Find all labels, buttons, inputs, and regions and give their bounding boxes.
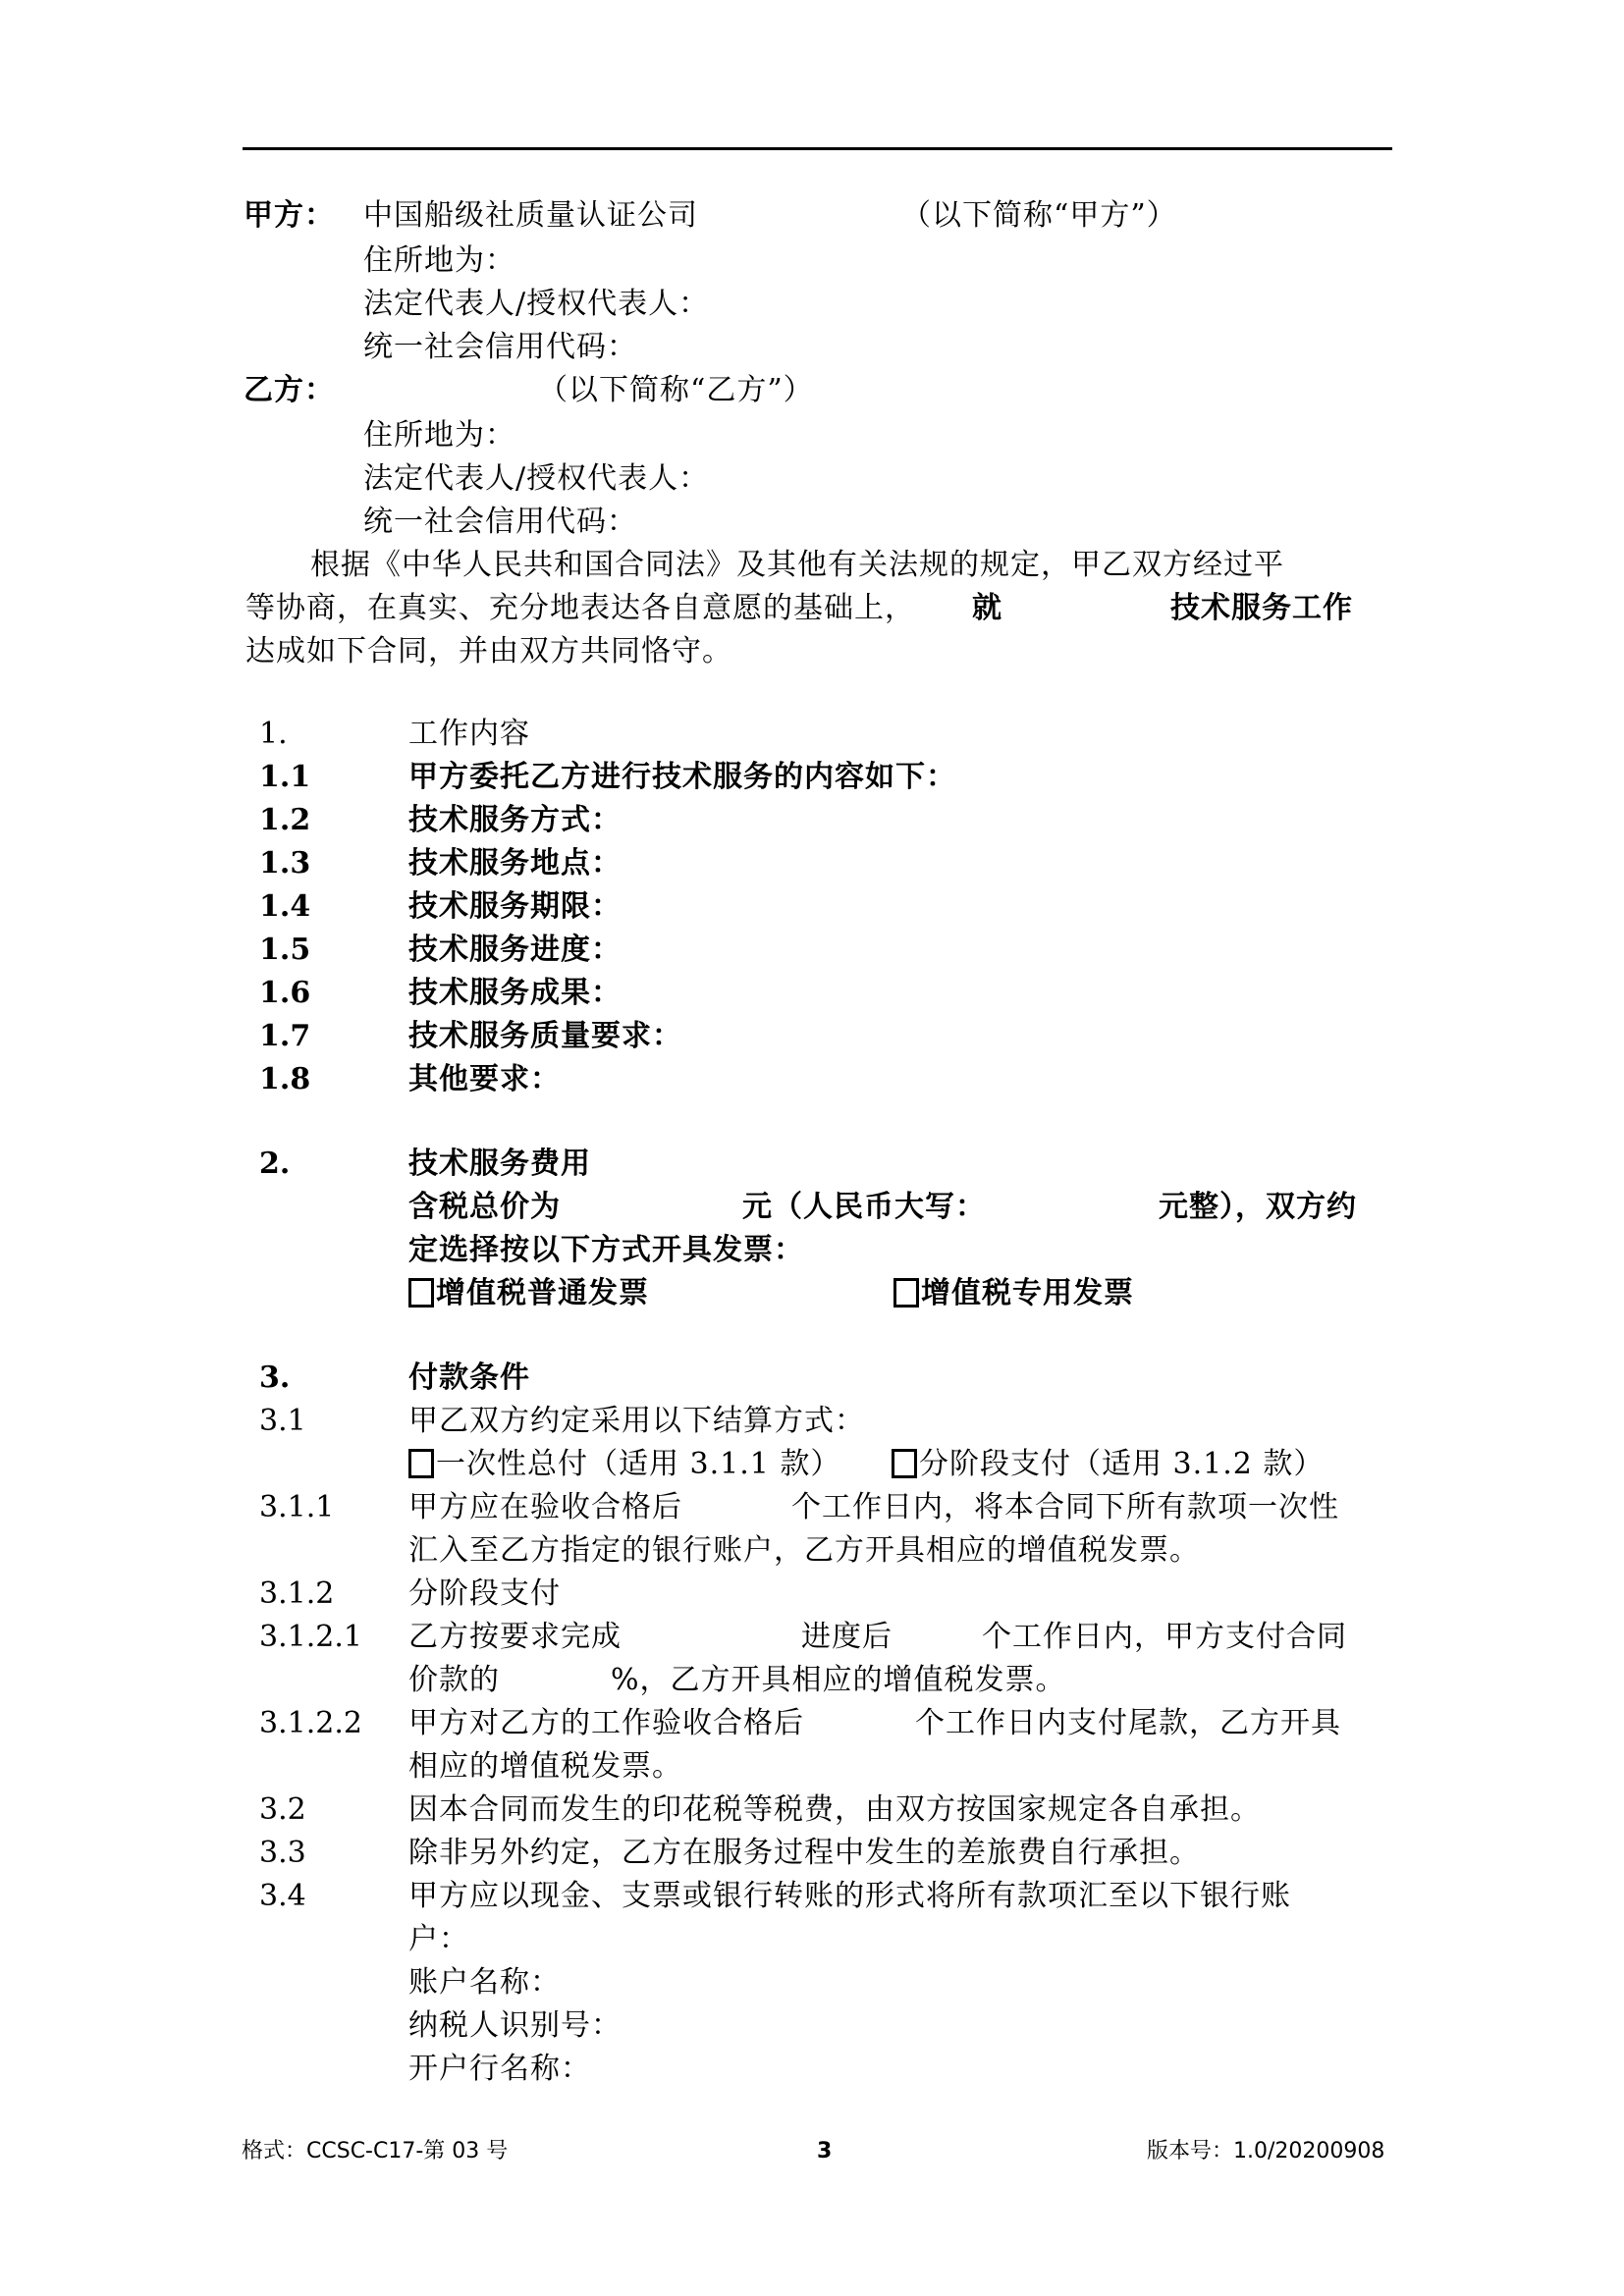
party-b-alias: （以下简称“乙方”） (538, 373, 814, 408)
preamble-line-2b: 就 (972, 591, 1002, 626)
price-currency-label: 元（人民币大写： (742, 1190, 986, 1225)
item-1-3-text: 技术服务地点： (408, 846, 622, 881)
section-3-number: 3. (259, 1361, 290, 1396)
party-a-representative-label: 法定代表人/授权代表人： (363, 287, 709, 322)
taxpayer-id-label: 纳税人识别号： (408, 2008, 622, 2044)
item-3-1-2-text: 分阶段支付 (408, 1576, 561, 1612)
item-1-5-number: 1.5 (259, 933, 310, 968)
preamble-line-3: 达成如下合同，并由双方共同恪守。 (245, 634, 732, 669)
item-3-1-1-line1b: 个工作日内，将本合同下所有款项一次性 (791, 1490, 1339, 1525)
item-3-3-text: 除非另外约定，乙方在服务过程中发生的差旅费自行承担。 (408, 1836, 1200, 1871)
item-1-1-number: 1.1 (259, 760, 310, 795)
invoice-option-special[interactable]: 增值税专用发票 (893, 1276, 1134, 1311)
item-1-5-text: 技术服务进度： (408, 933, 622, 968)
party-a-address-label: 住所地为： (363, 243, 515, 279)
price-label: 含税总价为 (408, 1190, 561, 1225)
settlement-option-staged[interactable]: 分阶段支付（适用 3.1.2 款） (892, 1447, 1324, 1482)
item-1-8-text: 其他要求： (408, 1062, 561, 1097)
item-3-1-2-2-line1b: 个工作日内支付尾款，乙方开具 (915, 1706, 1341, 1741)
item-3-1-2-1-line2b: %，乙方开具相应的增值税发票。 (611, 1663, 1066, 1698)
item-3-1-1-line2: 汇入至乙方指定的银行账户，乙方开具相应的增值税发票。 (408, 1533, 1200, 1569)
item-3-4-line1: 甲方应以现金、支票或银行转账的形式将所有款项汇至以下银行账 (408, 1879, 1291, 1914)
party-b-credit-code-label: 统一社会信用代码： (363, 505, 637, 540)
item-3-2-text: 因本合同而发生的印花税等税费，由双方按国家规定各自承担。 (408, 1792, 1261, 1828)
party-a-alias: （以下简称“甲方”） (901, 198, 1177, 234)
item-3-4-line2: 户： (408, 1922, 469, 1957)
preamble-line-2c: 技术服务工作 (1170, 591, 1353, 626)
price-words-suffix: 元整），双方约 (1159, 1190, 1357, 1225)
lump-sum-checkbox[interactable] (408, 1449, 434, 1478)
invoice-special-label: 增值税专用发票 (921, 1276, 1134, 1310)
party-a-name: 中国船级社质量认证公司 (363, 198, 698, 234)
item-1-7-text: 技术服务质量要求： (408, 1019, 682, 1054)
item-3-3-number: 3.3 (259, 1836, 306, 1871)
footer-version: 版本号：1.0/20200908 (1147, 2138, 1384, 2165)
item-3-2-number: 3.2 (259, 1792, 306, 1828)
item-1-7-number: 1.7 (259, 1019, 310, 1054)
invoice-special-checkbox[interactable] (893, 1278, 919, 1308)
item-1-1-text: 甲方委托乙方进行技术服务的内容如下： (408, 760, 956, 795)
staged-checkbox[interactable] (892, 1449, 917, 1478)
item-3-4-number: 3.4 (259, 1879, 306, 1914)
preamble-line-2a: 等协商，在真实、充分地表达各自意愿的基础上， (245, 591, 915, 626)
item-3-1-2-1-line1b: 进度后 (801, 1620, 893, 1655)
item-1-8-number: 1.8 (259, 1062, 310, 1097)
section-2-title: 技术服务费用 (408, 1147, 591, 1182)
section-1-number: 1. (259, 717, 288, 752)
document-page: 甲方： 中国船级社质量认证公司 （以下简称“甲方”） 住所地为： 法定代表人/授… (0, 0, 1624, 2296)
item-3-1-2-2-line2: 相应的增值税发票。 (408, 1749, 682, 1785)
item-3-1-2-number: 3.1.2 (259, 1576, 334, 1612)
item-3-1-2-1-line2a: 价款的 (408, 1663, 500, 1698)
item-3-1-2-2-line1a: 甲方对乙方的工作验收合格后 (408, 1706, 804, 1741)
item-3-1-text: 甲乙双方约定采用以下结算方式： (408, 1404, 865, 1439)
account-name-label: 账户名称： (408, 1965, 561, 2001)
item-3-1-2-1-number: 3.1.2.1 (259, 1620, 362, 1655)
item-1-4-text: 技术服务期限： (408, 889, 622, 925)
footer-page-number: 3 (817, 2138, 832, 2165)
item-3-1-2-1-line1c: 个工作日内，甲方支付合同 (982, 1620, 1347, 1655)
item-3-1-2-2-number: 3.1.2.2 (259, 1706, 362, 1741)
item-3-1-1-number: 3.1.1 (259, 1490, 334, 1525)
item-1-3-number: 1.3 (259, 846, 310, 881)
section-1-title: 工作内容 (408, 717, 530, 752)
item-1-6-number: 1.6 (259, 976, 310, 1011)
invoice-ordinary-checkbox[interactable] (408, 1278, 434, 1308)
item-3-1-1-line1a: 甲方应在验收合格后 (408, 1490, 682, 1525)
preamble-line-1: 根据《中华人民共和国合同法》及其他有关法规的规定，甲乙双方经过平 (310, 548, 1284, 583)
item-1-2-text: 技术服务方式： (408, 803, 622, 838)
item-1-6-text: 技术服务成果： (408, 976, 622, 1011)
invoice-option-ordinary[interactable]: 增值税普通发票 (408, 1276, 649, 1311)
party-a-label: 甲方： (244, 198, 335, 234)
party-a-credit-code-label: 统一社会信用代码： (363, 330, 637, 365)
section-2-number: 2. (259, 1147, 290, 1182)
party-b-label: 乙方： (244, 373, 335, 408)
party-b-address-label: 住所地为： (363, 418, 515, 454)
party-b-representative-label: 法定代表人/授权代表人： (363, 461, 709, 497)
item-3-1-number: 3.1 (259, 1404, 306, 1439)
header-rule (243, 147, 1392, 150)
staged-label: 分阶段支付（适用 3.1.2 款） (919, 1447, 1324, 1481)
section-3-title: 付款条件 (408, 1361, 530, 1396)
settlement-option-lump-sum[interactable]: 一次性总付（适用 3.1.1 款） (408, 1447, 840, 1482)
bank-name-label: 开户行名称： (408, 2052, 591, 2087)
invoice-instruction: 定选择按以下方式开具发票： (408, 1233, 804, 1268)
invoice-ordinary-label: 增值税普通发票 (436, 1276, 649, 1310)
item-3-1-2-1-line1a: 乙方按要求完成 (408, 1620, 622, 1655)
footer-format-code: 格式：CCSC-C17-第 03 号 (242, 2138, 508, 2165)
item-1-4-number: 1.4 (259, 889, 310, 925)
lump-sum-label: 一次性总付（适用 3.1.1 款） (436, 1447, 840, 1481)
item-1-2-number: 1.2 (259, 803, 310, 838)
